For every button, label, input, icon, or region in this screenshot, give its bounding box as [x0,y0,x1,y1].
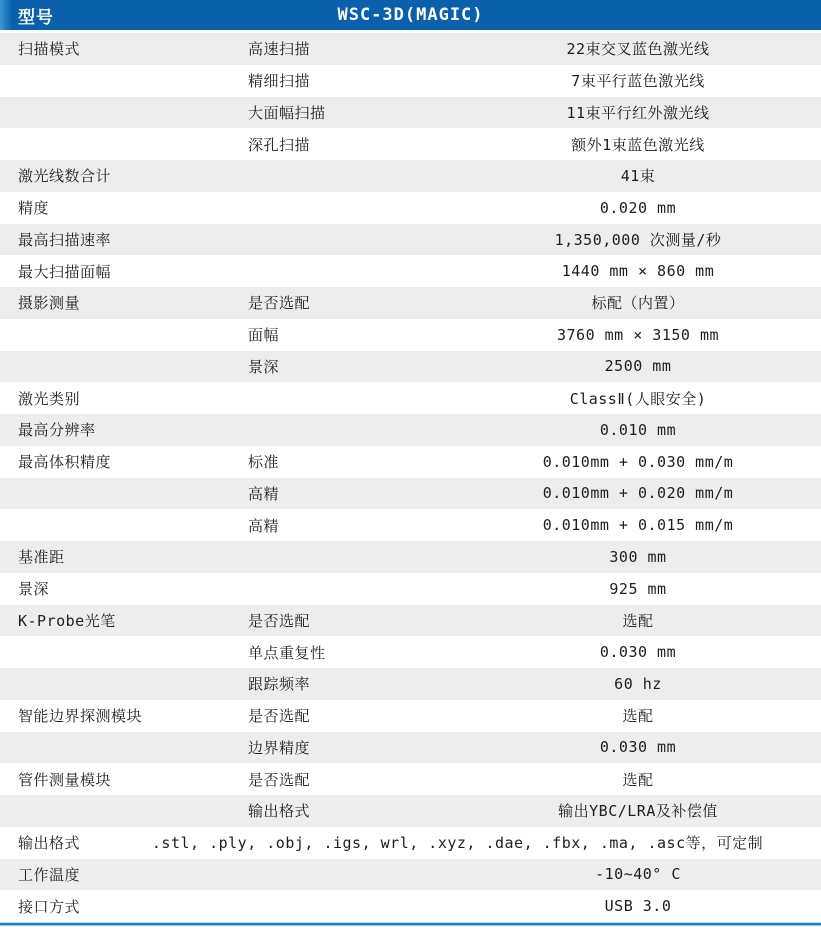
sub-param-name: 是否选配 [248,610,455,631]
param-value: 0.010mm + 0.020 mm/m [455,484,821,502]
spec-row: 深孔扫描额外1束蓝色激光线 [0,128,821,160]
param-value: .stl, .ply, .obj, .igs, wrl, .xyz, .dae,… [94,832,821,853]
param-name: 管件测量模块 [0,769,248,790]
param-name: K-Probe光笔 [0,610,248,631]
sub-param-name: 精细扫描 [248,70,455,91]
spec-row: 激光类别ClassⅡ(人眼安全) [0,382,821,414]
param-value: 选配 [455,610,821,631]
sub-param-name: 标准 [248,451,455,472]
spec-row: 最高分辨率0.010 mm [0,414,821,446]
sub-param-name: 深孔扫描 [248,134,455,155]
param-value: 300 mm [455,548,821,566]
param-value: 0.010 mm [455,421,821,439]
param-value: 1,350,000 次测量/秒 [455,229,821,250]
param-name: 智能边界探测模块 [0,705,248,726]
bottom-border-line [0,922,821,927]
spec-row: 景深2500 mm [0,351,821,383]
param-value: 额外1束蓝色激光线 [455,134,821,155]
spec-row: 精度0.020 mm [0,192,821,224]
spec-row: 工作温度-10~40° C [0,859,821,891]
sub-param-name: 单点重复性 [248,642,455,663]
spec-row: 扫描模式高速扫描22束交叉蓝色激光线 [0,33,821,65]
spec-row: 输出格式.stl, .ply, .obj, .igs, wrl, .xyz, .… [0,827,821,859]
spec-row: 精细扫描7束平行蓝色激光线 [0,65,821,97]
param-name: 激光线数合计 [0,165,248,186]
sub-param-name: 高精 [248,515,455,536]
param-value: 60 hz [455,675,821,693]
param-name: 最高扫描速率 [0,229,248,250]
spec-row: 最大扫描面幅1440 mm × 860 mm [0,255,821,287]
param-value: 7束平行蓝色激光线 [455,70,821,91]
spec-row: 智能边界探测模块是否选配选配 [0,700,821,732]
param-name: 扫描模式 [0,38,248,59]
spec-row: K-Probe光笔是否选配选配 [0,605,821,637]
spec-row: 最高扫描速率1,350,000 次测量/秒 [0,224,821,256]
param-value: 0.020 mm [455,199,821,217]
param-name: 精度 [0,197,248,218]
param-name: 摄影测量 [0,292,248,313]
param-value: 输出YBC/LRA及补偿值 [455,800,821,821]
param-value: 925 mm [455,580,821,598]
spec-row: 景深925 mm [0,573,821,605]
sub-param-name: 面幅 [248,324,455,345]
param-name: 工作温度 [0,864,248,885]
spec-row: 激光线数合计41束 [0,160,821,192]
sub-param-name: 跟踪频率 [248,673,455,694]
sub-param-name: 高精 [248,483,455,504]
sub-param-name: 是否选配 [248,769,455,790]
param-value: 41束 [455,165,821,186]
spec-row: 管件测量模块是否选配选配 [0,763,821,795]
param-value: -10~40° C [455,865,821,883]
spec-row: 最高体积精度标准0.010mm + 0.030 mm/m [0,446,821,478]
param-value: 0.010mm + 0.015 mm/m [455,516,821,534]
spec-row: 高精0.010mm + 0.015 mm/m [0,509,821,541]
param-name: 基准距 [0,546,248,567]
spec-row: 基准距300 mm [0,541,821,573]
model-label: 型号 [0,3,54,28]
sub-param-name: 输出格式 [248,800,455,821]
spec-row: 输出格式输出YBC/LRA及补偿值 [0,795,821,827]
spec-sheet: WSC-3D(MAGIC) 型号 扫描模式高速扫描22束交叉蓝色激光线 精细扫描… [0,0,821,930]
sub-param-name: 大面幅扫描 [248,102,455,123]
sub-param-name: 是否选配 [248,705,455,726]
param-value: USB 3.0 [455,897,821,915]
spec-row: 摄影测量是否选配标配（内置） [0,287,821,319]
table-header: WSC-3D(MAGIC) 型号 [0,0,821,30]
spec-row: 单点重复性0.030 mm [0,636,821,668]
spec-row: 高精0.010mm + 0.020 mm/m [0,478,821,510]
param-name: 景深 [0,578,248,599]
spec-table: 扫描模式高速扫描22束交叉蓝色激光线 精细扫描7束平行蓝色激光线 大面幅扫描11… [0,33,821,922]
param-value: 选配 [455,769,821,790]
spec-row: 跟踪频率60 hz [0,668,821,700]
spec-row: 大面幅扫描11束平行红外激光线 [0,97,821,129]
param-name: 最大扫描面幅 [0,261,248,282]
param-value: 标配（内置） [455,292,821,313]
param-name: 输出格式 [0,832,94,853]
sub-param-name: 景深 [248,356,455,377]
model-name: WSC-3D(MAGIC) [0,5,821,25]
spec-row: 边界精度0.030 mm [0,732,821,764]
spec-row: 接口方式USB 3.0 [0,890,821,922]
sub-param-name: 高速扫描 [248,38,455,59]
param-value: 3760 mm × 3150 mm [455,326,821,344]
param-value: 0.010mm + 0.030 mm/m [455,453,821,471]
param-value: 22束交叉蓝色激光线 [455,38,821,59]
param-name: 激光类别 [0,388,248,409]
sub-param-name: 是否选配 [248,292,455,313]
param-value: 0.030 mm [455,643,821,661]
param-name: 最高体积精度 [0,451,248,472]
param-value: 1440 mm × 860 mm [455,262,821,280]
param-value: 2500 mm [455,357,821,375]
param-name: 接口方式 [0,896,248,917]
param-value: ClassⅡ(人眼安全) [455,388,821,409]
spec-row: 面幅3760 mm × 3150 mm [0,319,821,351]
param-value: 0.030 mm [455,738,821,756]
param-value: 选配 [455,705,821,726]
param-value: 11束平行红外激光线 [455,102,821,123]
sub-param-name: 边界精度 [248,737,455,758]
param-name: 最高分辨率 [0,419,248,440]
